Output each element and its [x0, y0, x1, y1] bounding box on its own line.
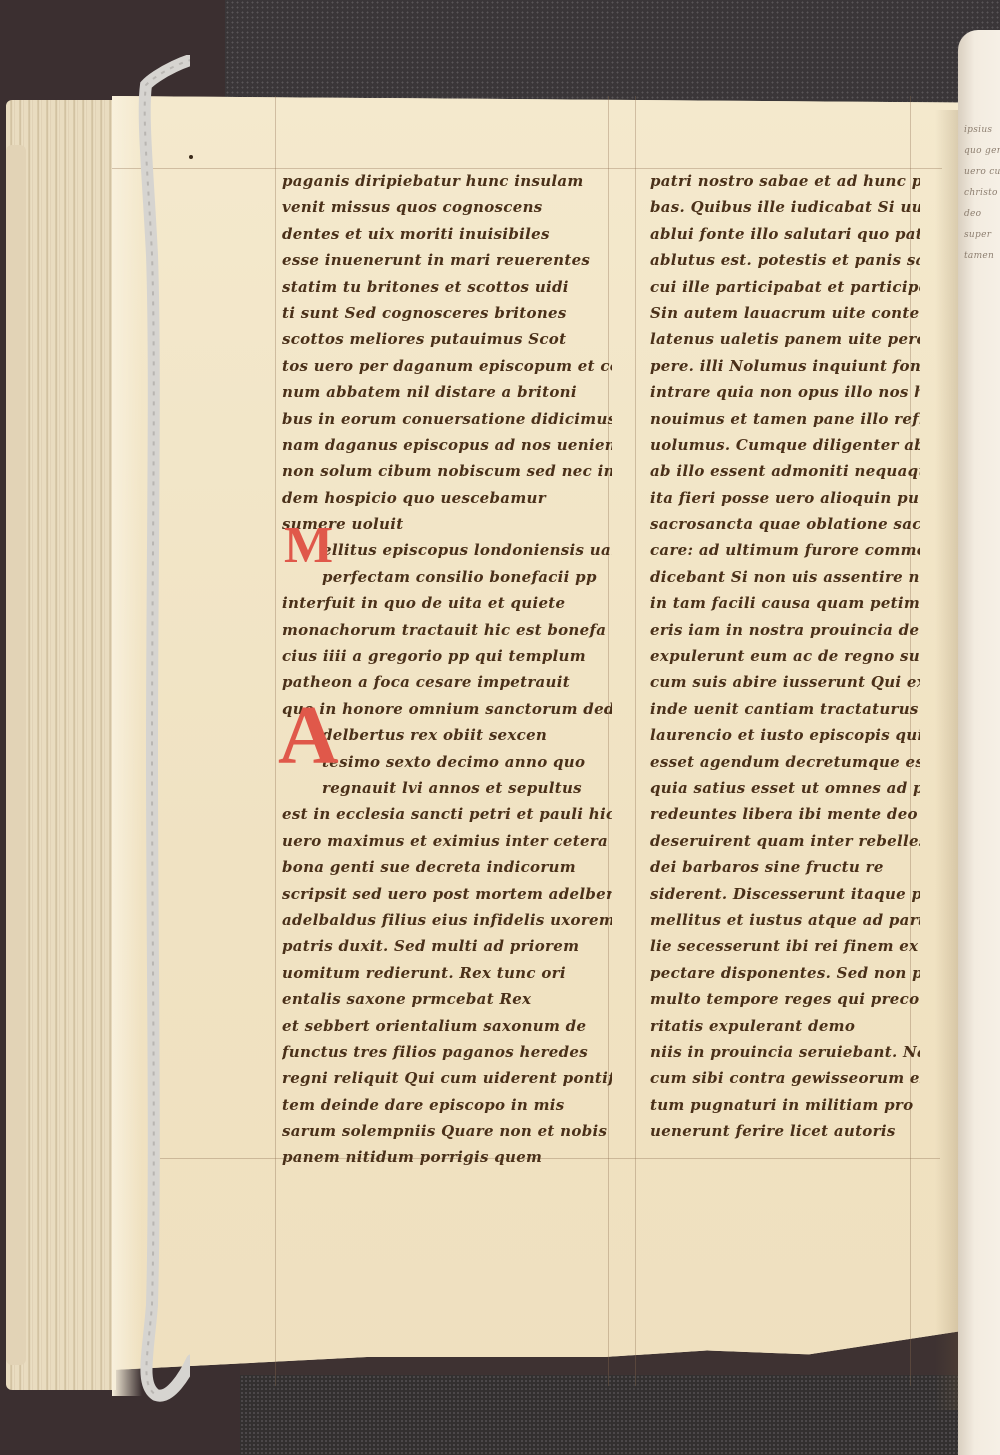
text-line: pectare disponentes. Sed non post [650, 960, 920, 986]
facing-page-curl: ipsius quo gentem uero cum christo deo s… [958, 30, 1000, 1455]
foam-support-bottom [240, 1375, 1000, 1455]
text-line: entalis saxone prmcebat Rex [282, 986, 612, 1012]
facing-text-line: uero cum [958, 162, 1000, 183]
text-line: inde uenit cantiam tractaturus cum [650, 696, 920, 722]
text-line: num abbatem nil distare a britoni [282, 379, 612, 405]
text-line: quia satius esset ut omnes ad patriam [650, 775, 920, 801]
text-line: patri nostro sabae et ad hunc populo da [650, 168, 920, 194]
page-block-edges [6, 100, 116, 1390]
text-line: et sebbert orientalium saxonum de [282, 1013, 612, 1039]
facing-text-line: quo gentem [958, 141, 1000, 162]
ruling-vertical-right-column-left [635, 96, 636, 1386]
text-line: ritatis expulerant demo [650, 1013, 920, 1039]
text-line: in tam facili causa quam petimus non pot [650, 590, 920, 616]
text-line: uenerunt ferire licet autoris [650, 1118, 920, 1144]
text-line: Sin autem lauacrum uite contempnitis nul [650, 300, 920, 326]
text-line: laurencio et iusto episcopis quid in his [650, 722, 920, 748]
red-initial-m: M [284, 520, 333, 572]
text-line: nouimus et tamen pane illo refici [650, 406, 920, 432]
facing-text-line: ipsius [958, 120, 1000, 141]
text-line: panem nitidum porrigis quem [282, 1144, 612, 1170]
facing-text-line: deo [958, 204, 1000, 225]
text-line: cum suis abire iusserunt Qui expulsus [650, 669, 920, 695]
facing-text-line: christo [958, 183, 1000, 204]
text-line: bas. Quibus ille iudicabat Si uultis [650, 194, 920, 220]
text-line: interfuit in quo de uita et quiete [282, 590, 612, 616]
text-line: siderent. Discesserunt itaque primo [650, 881, 920, 907]
text-line: nam daganus episcopus ad nos ueniens [282, 432, 612, 458]
text-line: ita fieri posse uero alioquin purgatos [650, 485, 920, 511]
text-line: patris duxit. Sed multi ad priorem [282, 933, 612, 959]
text-line: bus in eorum conuersatione didicimus [282, 406, 612, 432]
text-line: latenus ualetis panem uite perci [650, 326, 920, 352]
text-line: ablui fonte illo salutari quo pater [650, 221, 920, 247]
foam-support-top [225, 0, 1000, 110]
text-line: esset agendum decretumque est communi co… [650, 749, 920, 775]
text-line: multo tempore reges qui preconem ue [650, 986, 920, 1012]
text-line: venit missus quos cognoscens [282, 194, 612, 220]
text-line: functus tres filios paganos heredes [282, 1039, 612, 1065]
text-line: sacrosancta quae oblatione sacrosancta c… [650, 511, 920, 537]
text-line: dicebant Si non uis assentire nobis [650, 564, 920, 590]
text-block-1: paganis diripiebatur hunc insulam venit … [282, 168, 612, 537]
text-line: est in ecclesia sancti petri et pauli hi… [282, 801, 612, 827]
text-line: cum sibi contra gewisseorum exerci [650, 1065, 920, 1091]
text-line: esse inuenerunt in mari reuerentes [282, 247, 612, 273]
text-line: bona genti sue decreta indicorum [282, 854, 612, 880]
text-line: eris iam in nostra prouincia demorari [650, 617, 920, 643]
text-line: mellitus et iustus atque ad partes gal [650, 907, 920, 933]
facing-text-line: super [958, 225, 1000, 246]
text-line: scripsit sed uero post mortem adelberti [282, 881, 612, 907]
text-line: sarum solempniis Quare non et nobis [282, 1118, 612, 1144]
text-line: scottos meliores putauimus Scot [282, 326, 612, 352]
text-line: expulerunt eum ac de regno suo [650, 643, 920, 669]
text-line: uolumus. Cumque diligenter ab eo sepe [650, 432, 920, 458]
text-line: dei barbaros sine fructu re [650, 854, 920, 880]
text-line: paganis diripiebatur hunc insulam [282, 168, 612, 194]
text-line: ablutus est. potestis et panis sancti [650, 247, 920, 273]
text-line: dem hospicio quo uescebamur [282, 485, 612, 511]
text-line: tos uero per daganum episcopum et columb… [282, 353, 612, 379]
left-text-column: paganis diripiebatur hunc insulam venit … [282, 168, 612, 1171]
text-line: pere. illi Nolumus inquiunt fontem illum [650, 353, 920, 379]
text-line: lie secesserunt ibi rei finem ex [650, 933, 920, 959]
text-line: monachorum tractauit hic est bonefa [282, 617, 612, 643]
text-line: adelbaldus filius eius infidelis uxorem [282, 907, 612, 933]
text-line: cui ille participabat et participes [650, 274, 920, 300]
text-line: statim tu britones et scottos uidi [282, 274, 612, 300]
text-line: niis in prouincia seruiebant. Nam [650, 1039, 920, 1065]
red-initial-a: A [278, 694, 339, 778]
facing-text-line: tamen [958, 246, 1000, 267]
text-line: intrare quia non opus illo nos habere [650, 379, 920, 405]
text-line: non solum cibum nobiscum sed nec in eo [282, 458, 612, 484]
text-block-3: delbertus rex obiit sexcen tesimo sexto … [282, 722, 612, 1171]
text-line: tem deinde dare episcopo in mis [282, 1092, 612, 1118]
spine-edge [6, 145, 26, 1365]
right-text-column: patri nostro sabae et ad hunc populo da … [650, 168, 920, 1144]
ruling-vertical-outer-left [275, 96, 276, 1386]
text-line: dentes et uix moriti inuisibiles [282, 221, 612, 247]
bookmark-cord[interactable] [130, 55, 190, 1410]
text-line: ab illo essent admoniti nequaquam [650, 458, 920, 484]
text-line: tum pugnaturi in militiam pro [650, 1092, 920, 1118]
text-line: regni reliquit Qui cum uiderent pontific… [282, 1065, 612, 1091]
text-line: uero maximus et eximius inter cetera [282, 828, 612, 854]
text-line: ti sunt Sed cognosceres britones [282, 300, 612, 326]
text-line: cius iiii a gregorio pp qui templum [282, 643, 612, 669]
text-line: care: ad ultimum furore commoti [650, 537, 920, 563]
text-line: deseruirent quam inter rebelles fi [650, 828, 920, 854]
text-line: uomitum redierunt. Rex tunc ori [282, 960, 612, 986]
text-line: redeuntes libera ibi mente deo [650, 801, 920, 827]
